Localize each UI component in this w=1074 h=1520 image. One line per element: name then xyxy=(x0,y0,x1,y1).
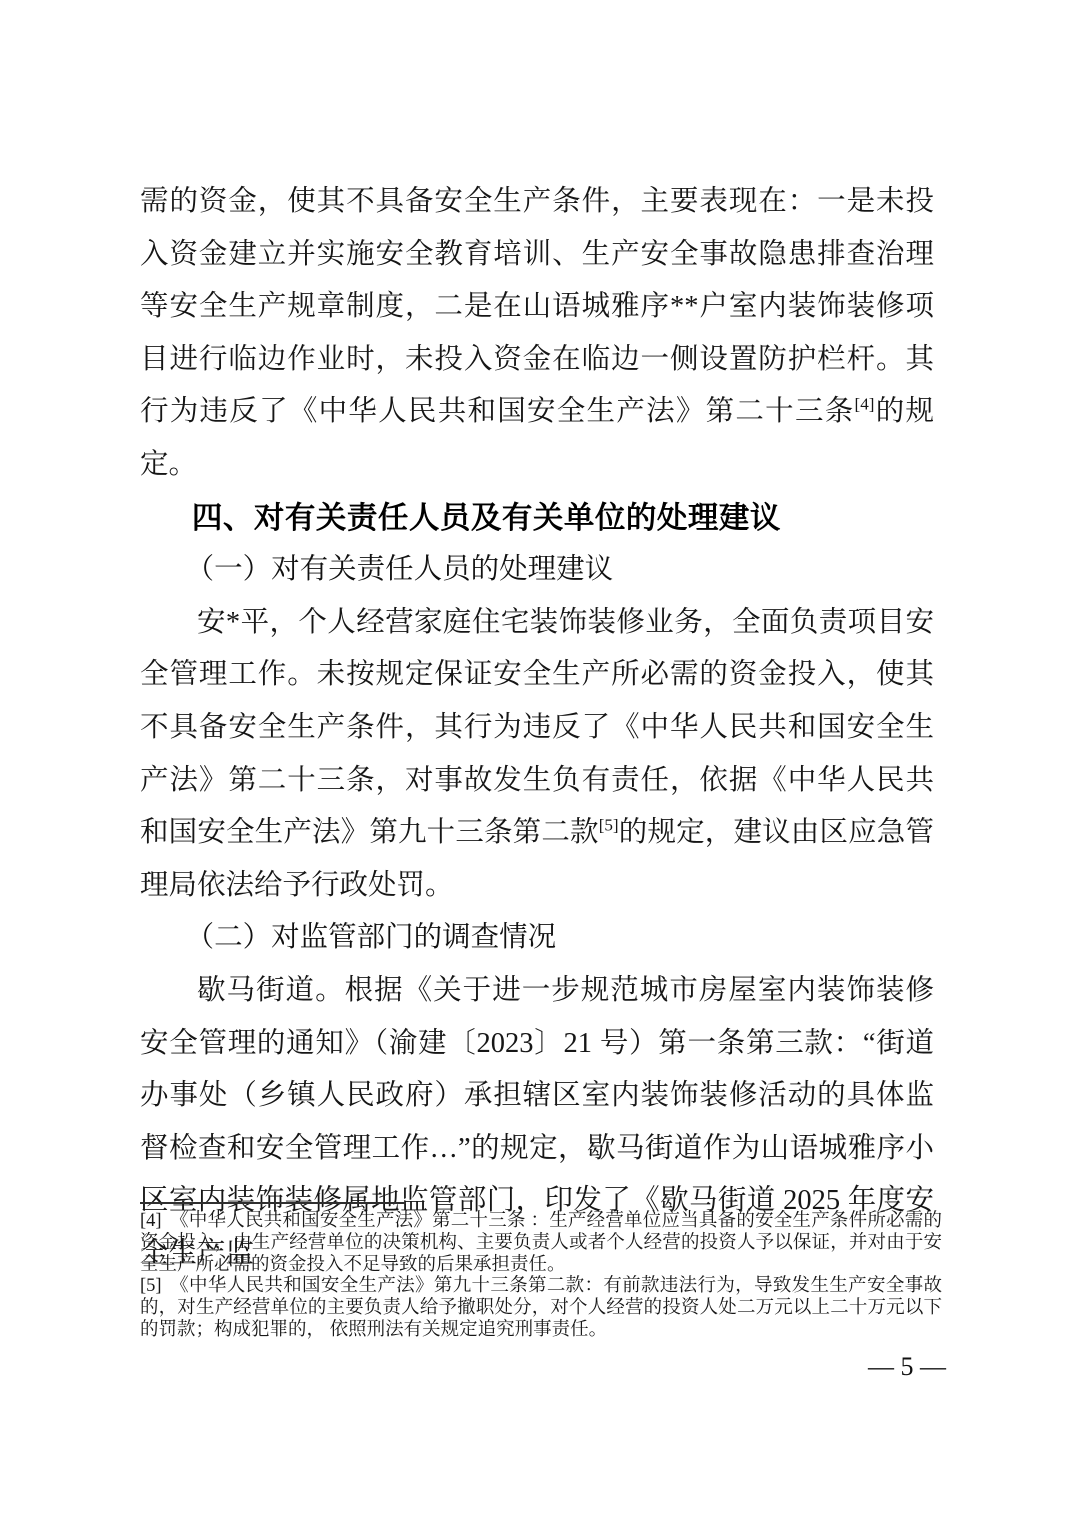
document-body: 需的资金，使其不具备安全生产条件，主要表现在：一是未投入资金建立并实施安全教育培… xyxy=(140,176,934,1280)
paragraph-responsible-person: 安*平，个人经营家庭住宅装饰装修业务，全面负责项目安全管理工作。未按规定保证安全… xyxy=(140,597,934,913)
footnote-reference-5: [5] xyxy=(599,816,619,835)
footnote-5-text: 《中华人民共和国安全生产法》第九十三条第二款：有前款违法行为，导致发生生产安全事… xyxy=(140,1276,942,1340)
footnote-5-marker: [5] xyxy=(140,1276,162,1298)
paragraph-continuation: 需的资金，使其不具备安全生产条件，主要表现在：一是未投入资金建立并实施安全教育培… xyxy=(140,176,934,492)
footnote-separator xyxy=(140,1202,406,1204)
document-page: 需的资金，使其不具备安全生产条件，主要表现在：一是未投入资金建立并实施安全教育培… xyxy=(0,0,1074,1520)
footnote-4-marker: [4] xyxy=(140,1211,162,1233)
footnote-4-text: 《中华人民共和国安全生产法》第二十三条 ：生产经营单位应当具备的安全生产条件所必… xyxy=(140,1211,942,1275)
footnotes: [4]《中华人民共和国安全生产法》第二十三条 ：生产经营单位应当具备的安全生产条… xyxy=(140,1211,942,1342)
page-number: — 5 — xyxy=(868,1350,946,1384)
subsection-heading-2: （二）对监管部门的调查情况 xyxy=(140,912,934,965)
footnote-5: [5]《中华人民共和国安全生产法》第九十三条第二款：有前款违法行为，导致发生生产… xyxy=(140,1276,942,1341)
subsection-heading-1: （一）对有关责任人员的处理建议 xyxy=(140,544,934,597)
footnote-4: [4]《中华人民共和国安全生产法》第二十三条 ：生产经营单位应当具备的安全生产条… xyxy=(140,1211,942,1276)
footnote-reference-4: [4] xyxy=(855,395,875,414)
paragraph-text: 安*平，个人经营家庭住宅装饰装修业务，全面负责项目安全管理工作。未按规定保证安全… xyxy=(140,607,934,848)
paragraph-text: 需的资金，使其不具备安全生产条件，主要表现在：一是未投入资金建立并实施安全教育培… xyxy=(140,186,934,427)
section-heading: 四、对有关责任人员及有关单位的处理建议 xyxy=(140,492,934,545)
